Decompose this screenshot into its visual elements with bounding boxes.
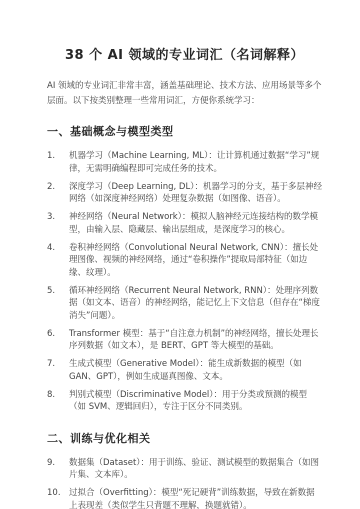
list-item: 3. 神经网络（Neural Network）：模拟人脑神经元连接结构的数学模型… <box>47 211 322 236</box>
list-item: 2. 深度学习（Deep Learning, DL）：机器学习的分支，基于多层神… <box>47 181 322 206</box>
list-item: 5. 循环神经网络（Recurrent Neural Network, RNN）… <box>47 285 322 323</box>
item-number: 4. <box>47 242 69 280</box>
item-text: 神经网络（Neural Network）：模拟人脑神经元连接结构的数学模型，由输… <box>69 211 322 236</box>
item-number: 8. <box>47 389 69 414</box>
term-list-basics: 1. 机器学习（Machine Learning, ML）：让计算机通过数据“学… <box>47 150 322 414</box>
list-item: 7. 生成式模型（Generative Model）：能生成新数据的模型（如 G… <box>47 358 322 383</box>
item-number: 5. <box>47 285 69 323</box>
page-title: 38 个 AI 领域的专业词汇（名词解释） <box>47 44 322 63</box>
item-text: 循环神经网络（Recurrent Neural Network, RNN）：处理… <box>69 285 322 323</box>
list-item: 9. 数据集（Dataset）：用于训练、验证、测试模型的数据集合（如图片集、文… <box>47 457 322 482</box>
intro-paragraph: AI 领域的专业词汇非常丰富，涵盖基础理论、技术方法、应用场景等多个层面。以下按… <box>47 79 322 109</box>
item-number: 3. <box>47 211 69 236</box>
item-number: 7. <box>47 358 69 383</box>
list-item: 1. 机器学习（Machine Learning, ML）：让计算机通过数据“学… <box>47 150 322 175</box>
item-text: 数据集（Dataset）：用于训练、验证、测试模型的数据集合（如图片集、文本库）… <box>69 457 322 482</box>
term-list-training: 9. 数据集（Dataset）：用于训练、验证、测试模型的数据集合（如图片集、文… <box>47 457 322 509</box>
item-number: 9. <box>47 457 69 482</box>
item-text: 判别式模型（Discriminative Model）：用于分类或预测的模型（如… <box>69 389 322 414</box>
document-page: 38 个 AI 领域的专业词汇（名词解释） AI 领域的专业词汇非常丰富，涵盖基… <box>0 0 360 509</box>
section-heading-basics: 一、基础概念与模型类型 <box>47 123 322 139</box>
item-text: 机器学习（Machine Learning, ML）：让计算机通过数据“学习”规… <box>69 150 322 175</box>
list-item: 8. 判别式模型（Discriminative Model）：用于分类或预测的模… <box>47 389 322 414</box>
section-heading-training: 二、训练与优化相关 <box>47 430 322 446</box>
list-item: 6. Transformer 模型：基于“自注意力机制”的神经网络，擅长处理长序… <box>47 328 322 353</box>
item-text: 卷积神经网络（Convolutional Neural Network, CNN… <box>69 242 322 280</box>
item-text: Transformer 模型：基于“自注意力机制”的神经网络，擅长处理长序列数据… <box>69 328 322 353</box>
item-number: 10. <box>47 487 69 509</box>
list-item: 10. 过拟合（Overfitting）：模型“死记硬背”训练数据，导致在新数据… <box>47 487 322 509</box>
item-text: 过拟合（Overfitting）：模型“死记硬背”训练数据，导致在新数据上表现差… <box>69 487 322 509</box>
item-number: 2. <box>47 181 69 206</box>
item-text: 深度学习（Deep Learning, DL）：机器学习的分支，基于多层神经网络… <box>69 181 322 206</box>
list-item: 4. 卷积神经网络（Convolutional Neural Network, … <box>47 242 322 280</box>
item-number: 6. <box>47 328 69 353</box>
item-text: 生成式模型（Generative Model）：能生成新数据的模型（如 GAN、… <box>69 358 322 383</box>
item-number: 1. <box>47 150 69 175</box>
